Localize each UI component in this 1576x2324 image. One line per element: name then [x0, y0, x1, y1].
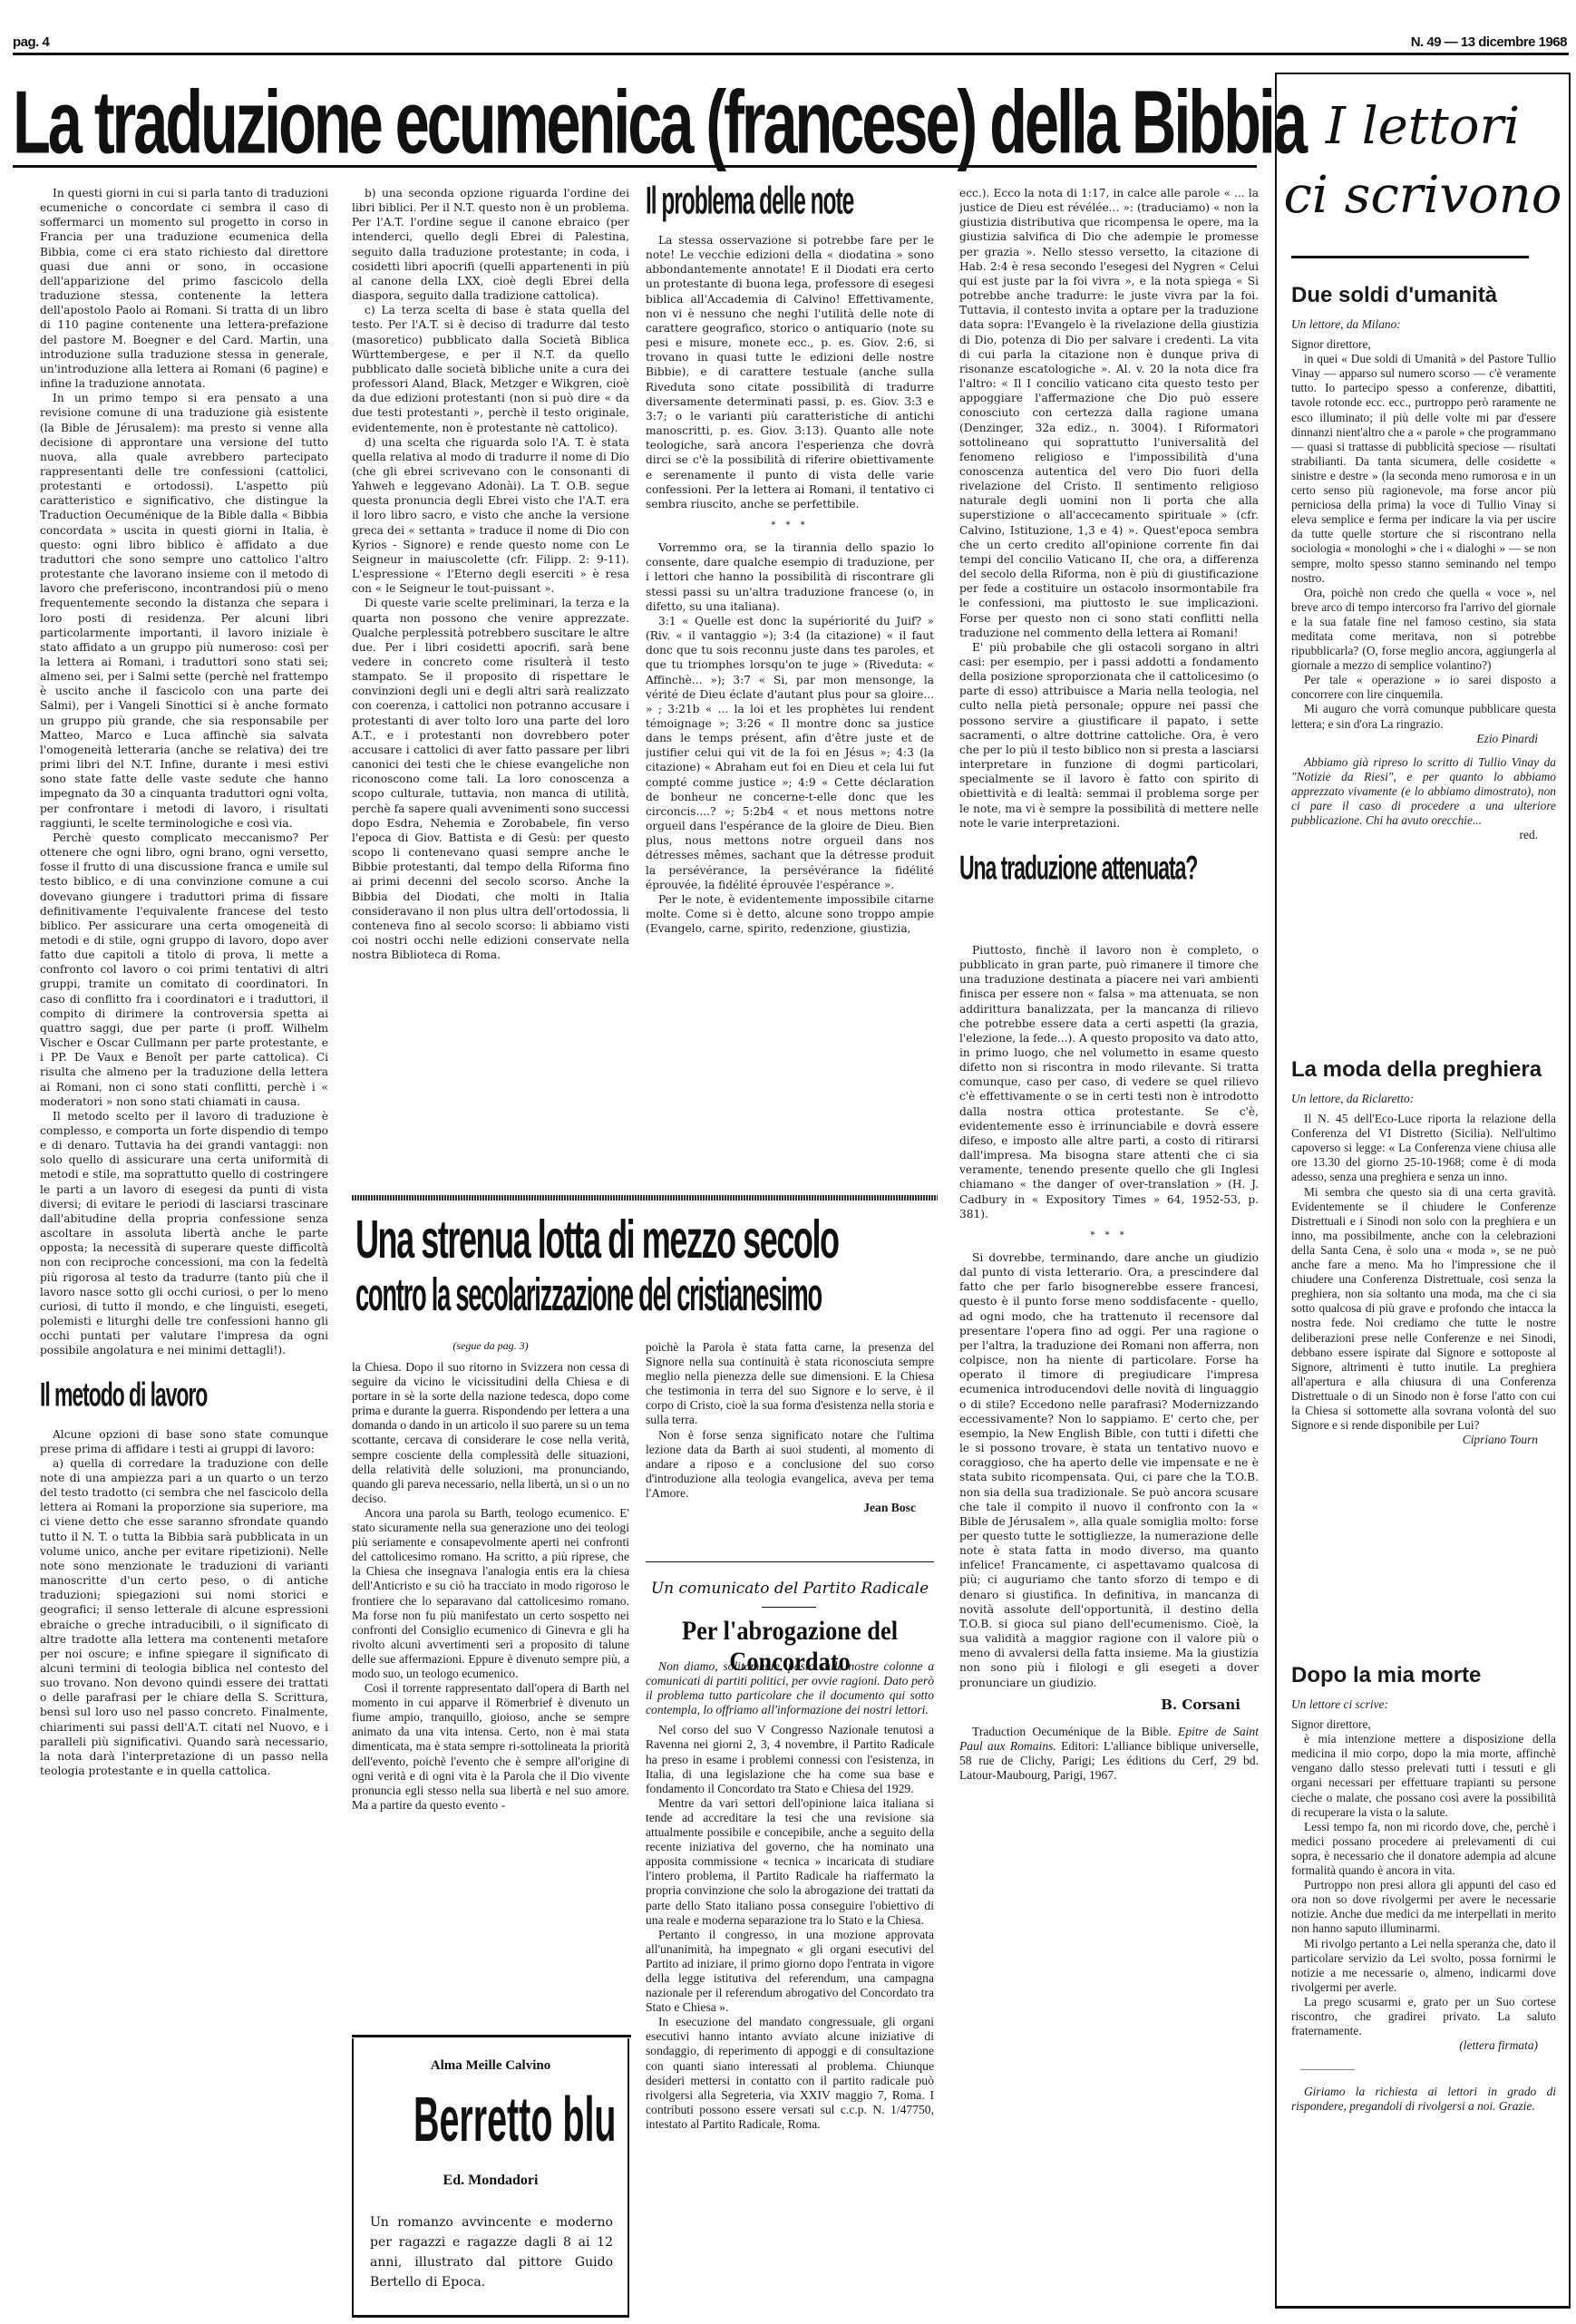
ad-description: Un romanzo avvincente e moderno per raga…	[370, 2212, 613, 2292]
paragraph: c) La terza scelta di base è stata quell…	[352, 303, 629, 434]
radicale-body: Non diamo, solitamente, posto sulle nost…	[646, 1659, 934, 2317]
separator-rule	[1300, 2069, 1355, 2070]
paragraph: d) una scelta che riguarda solo l'A. T. …	[352, 435, 629, 597]
headline-rule	[13, 165, 1257, 168]
letter-heading: La moda della preghiera	[1291, 1057, 1556, 1083]
subheading-note: Il problema delle note	[646, 180, 842, 232]
paragraph: b) una seconda opzione riguarda l'ordine…	[352, 186, 629, 303]
paragraph: 3:1 « Quelle est donc la supériorité du …	[646, 614, 934, 892]
paragraph: Il metodo scelto per il lavoro di traduz…	[40, 1109, 328, 1358]
ad-top-rule	[352, 2035, 631, 2037]
paragraph: Si dovrebbe, terminando, dare anche un g…	[959, 1250, 1259, 1690]
ad-publisher: Ed. Mondadori	[354, 2173, 627, 2189]
paragraph: ecc.). Ecco la nota di 1:17, in calce al…	[959, 186, 1259, 640]
page-number: pag. 4	[13, 34, 49, 50]
paragraph: Non è forse senza significato notare che…	[646, 1428, 934, 1501]
paragraph: Vorremmo ora, se la tirannia dello spazi…	[646, 540, 934, 614]
letter-heading: Due soldi d'umanità	[1291, 283, 1556, 308]
letter-dopo-morte: Dopo la mia morte Un lettore ci scrive: …	[1291, 1658, 1556, 2292]
paragraph: Di queste varie scelte preliminari, la t…	[352, 596, 629, 962]
letter-body: è mia intenzione mettere a disposizione …	[1291, 1732, 1556, 1820]
letter-body: Lessi tempo fa, non mi ricordo dove, che…	[1291, 1820, 1556, 1878]
book-advertisement: Alma Meille Calvino Berretto blu Ed. Mon…	[352, 2038, 629, 2318]
paragraph: In un primo tempo si era pensato a una r…	[40, 391, 328, 831]
letter-body: Mi rivolgo pertanto a Lei nella speranza…	[1291, 1937, 1556, 1995]
paragraph: Ancora una parola su Barth, teologo ecum…	[352, 1506, 629, 1681]
intro-paragraph: Non diamo, solitamente, posto sulle nost…	[646, 1659, 934, 1717]
second-article-column-2: poichè la Parola è stata fatta carne, la…	[646, 1340, 934, 1554]
letter-signature: Ezio Pinardi	[1291, 732, 1556, 746]
letter-body: Il N. 45 dell'Eco-Luce riporta la relazi…	[1291, 1112, 1556, 1184]
paragraph: In questi giorni in cui si parla tanto d…	[40, 186, 328, 391]
second-headline-line1: Una strenua lotta di mezzo secolo	[355, 1210, 839, 1269]
paragraph: la Chiesa. Dopo il suo ritorno in Svizze…	[352, 1360, 629, 1506]
article-column-3: Il problema delle note La stessa osserva…	[646, 177, 934, 1174]
second-headline-line2: contro la secolarizzazione del cristiane…	[355, 1269, 822, 1322]
author-signature: B. Corsani	[959, 1697, 1259, 1712]
paragraph: La stessa osservazione si potrebbe fare …	[646, 233, 934, 511]
masthead-rule	[13, 53, 1569, 55]
letter-salutation: Signor direttore,	[1291, 1717, 1556, 1732]
article-column-2: b) una seconda opzione riguarda l'ordine…	[352, 186, 629, 1174]
article-column-1: In questi giorni in cui si parla tanto d…	[40, 186, 328, 2317]
second-article-column-1: la Chiesa. Dopo il suo ritorno in Svizze…	[352, 1360, 629, 2031]
section-divider: * * *	[646, 519, 934, 533]
sidebar-title: I lettori ci scrivono	[1277, 92, 1569, 230]
ad-book-title: Berretto blu	[413, 2086, 617, 2155]
paragraph: In esecuzione del mandato congressuale, …	[646, 2015, 934, 2132]
sidebar-title-line1: I lettori	[1277, 92, 1569, 161]
letters-sidebar: I lettori ci scrivono Due soldi d'umanit…	[1275, 73, 1571, 2309]
subheading-metodo: Il metodo di lavoro	[40, 1375, 248, 1425]
letter-heading: Dopo la mia morte	[1291, 1663, 1556, 1688]
paragraph: Mentre da vari settori dell'opinione lai…	[646, 1796, 934, 1928]
editor-reply: Giriamo la richiesta ai lettori in grado…	[1291, 2085, 1556, 2114]
letter-salutation: Signor direttore,	[1291, 337, 1556, 352]
separator-rule	[762, 1607, 816, 1608]
letter-signature: Cipriano Tourn	[1291, 1433, 1556, 1447]
separator-rule	[352, 1195, 938, 1201]
radicale-kicker: Un comunicato del Partito Radicale	[646, 1580, 934, 1598]
letter-body: in quei « Due soldi di Umanità » del Pas…	[1291, 352, 1556, 586]
biblio-title: Traduction Oecuménique de la Bible.	[972, 1725, 1172, 1738]
letter-signature: (lettera firmata)	[1291, 2038, 1556, 2053]
paragraph: a) quella di corredare la traduzione con…	[40, 1456, 328, 1778]
sidebar-title-line2: ci scrivono	[1277, 161, 1569, 230]
letter-body: Per tale « operazione » io sarei dispost…	[1291, 673, 1556, 702]
editor-reply: Abbiamo già ripreso lo scritto di Tullio…	[1291, 755, 1556, 828]
continued-from: (segue da pag. 3)	[352, 1338, 629, 1353]
letter-body: Ora, poichè non credo che quella « voce …	[1291, 586, 1556, 674]
issue-date: N. 49 — 13 dicembre 1968	[1411, 34, 1567, 50]
letter-from: Un lettore ci scrive:	[1291, 1697, 1556, 1712]
letter-from: Un lettore, da Milano:	[1291, 317, 1556, 332]
paragraph: E' più probabile che gli ostacoli sorgan…	[959, 640, 1259, 831]
paragraph: Perchè questo complicato meccanismo? Per…	[40, 831, 328, 1109]
letter-moda-preghiera: La moda della preghiera Un lettore, da R…	[1291, 1052, 1556, 1650]
paragraph: Piuttosto, finchè il lavoro non è comple…	[959, 943, 1259, 1221]
separator-rule	[646, 1561, 934, 1562]
letter-body: La prego scusarmi e, grato per un Suo co…	[1291, 1995, 1556, 2038]
section-divider: * * *	[959, 1229, 1259, 1243]
editor-signature: red.	[1291, 828, 1556, 842]
paragraph: Alcune opzioni di base sono state comunq…	[40, 1427, 328, 1456]
paragraph: Nel corso del suo V Congresso Nazionale …	[646, 1723, 934, 1795]
paragraph: poichè la Parola è stata fatta carne, la…	[646, 1340, 934, 1428]
author-signature: Jean Bosc	[646, 1501, 934, 1515]
letter-body: Purtroppo non presi allora gli appunti d…	[1291, 1878, 1556, 1936]
letter-body: Mi auguro che vorrà comunque pubblicare …	[1291, 702, 1556, 731]
letter-from: Un lettore, da Riclaretto:	[1291, 1092, 1556, 1106]
article-column-4: ecc.). Ecco la nota di 1:17, in calce al…	[959, 186, 1259, 2308]
ad-author: Alma Meille Calvino	[354, 2058, 627, 2074]
letter-due-soldi: Due soldi d'umanità Un lettore, da Milan…	[1291, 277, 1556, 1030]
letter-body: Mi sembra che questo sia di una certa gr…	[1291, 1185, 1556, 1434]
subheading-attenuata: Una traduzione attenuata?	[959, 847, 1233, 947]
paragraph: Per le note, è evidentemente impossibile…	[646, 892, 934, 936]
paragraph: Così il torrente rappresentato dall'oper…	[352, 1681, 629, 1813]
sidebar-title-rule	[1291, 256, 1529, 258]
main-headline: La traduzione ecumenica (francese) della…	[13, 65, 988, 179]
paragraph: Pertanto il congresso, in una mozione ap…	[646, 1928, 934, 2016]
